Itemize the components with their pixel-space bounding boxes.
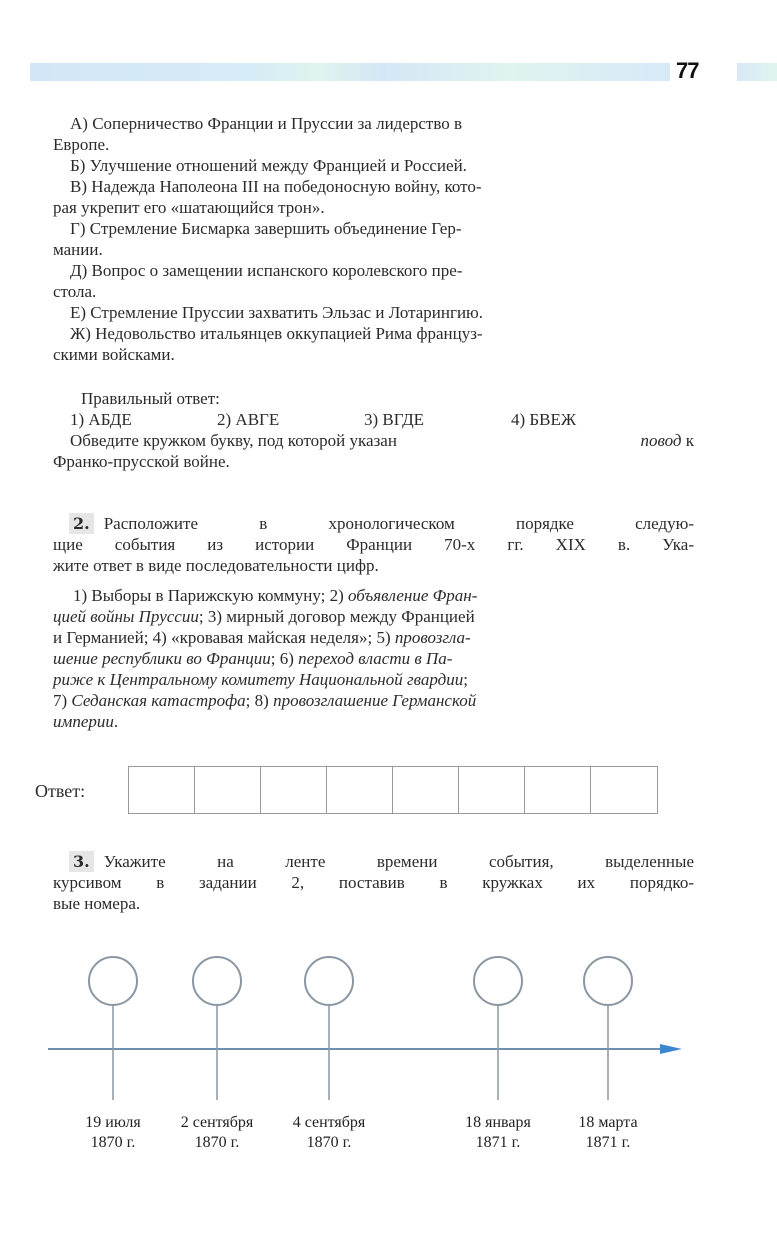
answer-circle[interactable] bbox=[474, 957, 522, 1005]
task2-event-line: 1) Выборы в Парижскую коммуну; 2) объявл… bbox=[53, 585, 694, 606]
event-text: 1) Выборы в Парижскую коммуну; 2) bbox=[73, 586, 348, 605]
timeline-date-label: 18 марта1871 г. bbox=[548, 1113, 668, 1153]
answer-cell-5[interactable] bbox=[393, 767, 459, 813]
circle-instruction-italic: повод bbox=[640, 431, 681, 450]
task2-prompt-line-2: щие события из истории Франции 70-х гг. … bbox=[53, 534, 694, 555]
circle-instruction-text: Обведите кружком букву, под которой указ… bbox=[70, 430, 397, 451]
timeline-date-label: 19 июля1870 г. bbox=[53, 1113, 173, 1153]
event-text: 7) bbox=[53, 691, 71, 710]
timeline: 19 июля1870 г.2 сентября1870 г.4 сентябр… bbox=[0, 940, 777, 1180]
answer-choices: 1) АБДЕ 2) АВГЕ 3) ВГДЕ 4) БВЕЖ bbox=[67, 409, 694, 430]
circle-instruction-suffix: к bbox=[686, 431, 694, 450]
task3-prompt: 3. Укажите на ленте времени события, выд… bbox=[53, 851, 694, 914]
answer-label: Ответ: bbox=[35, 781, 85, 802]
italic-event-text: объявление Фран- bbox=[348, 586, 477, 605]
option-2-line-1: Б) Улучшение отношений между Францией и … bbox=[67, 155, 694, 176]
italic-event-text: империи bbox=[53, 712, 114, 731]
option-4-line-1: Г) Стремление Бисмарка завершить объедин… bbox=[67, 218, 694, 239]
timeline-date-label: 2 сентября1870 г. bbox=[157, 1113, 277, 1153]
answer-circle[interactable] bbox=[305, 957, 353, 1005]
option-6-line-1: Е) Стремление Пруссии захватить Эльзас и… bbox=[67, 302, 694, 323]
italic-event-text: риже к Центральному комитету Национально… bbox=[53, 670, 463, 689]
task2-events: 1) Выборы в Парижскую коммуну; 2) объявл… bbox=[53, 585, 694, 732]
answer-choice-3[interactable]: 3) ВГДЕ bbox=[364, 409, 511, 430]
header-decorative-band-right bbox=[737, 63, 777, 81]
task2-event-line: и Германией; 4) «кровавая майская неделя… bbox=[53, 627, 694, 648]
italic-event-text: Седанская катастрофа bbox=[71, 691, 245, 710]
option-1-line-2: Европе. bbox=[53, 134, 694, 155]
answer-cell-3[interactable] bbox=[261, 767, 327, 813]
task2-event-line: шение республики во Франции; 6) переход … bbox=[53, 648, 694, 669]
italic-event-text: переход власти в Па- bbox=[298, 649, 452, 668]
answer-cell-1[interactable] bbox=[129, 767, 195, 813]
task2-event-line: риже к Центральному комитету Национально… bbox=[53, 669, 694, 690]
answer-choice-2[interactable]: 2) АВГЕ bbox=[217, 409, 364, 430]
page-number: 77 bbox=[676, 58, 698, 84]
answer-cell-7[interactable] bbox=[525, 767, 591, 813]
correct-answer-label: Правильный ответ: bbox=[67, 388, 694, 409]
answer-circle[interactable] bbox=[89, 957, 137, 1005]
italic-event-text: провозглашение Германской bbox=[273, 691, 476, 710]
task2-event-line: империи. bbox=[53, 711, 694, 732]
event-text: ; 3) мирный договор между Францией bbox=[199, 607, 475, 626]
option-4-line-2: мании. bbox=[53, 239, 694, 260]
circle-instruction-line2: Франко-прусской войне. bbox=[53, 451, 694, 472]
task2-event-line: 7) Седанская катастрофа; 8) провозглашен… bbox=[53, 690, 694, 711]
task3-prompt-line-2: курсивом в задании 2, поставив в кружках… bbox=[53, 872, 694, 893]
answer-circle[interactable] bbox=[584, 957, 632, 1005]
option-5-line-1: Д) Вопрос о замещении испанского королев… bbox=[67, 260, 694, 281]
answer-cell-6[interactable] bbox=[459, 767, 525, 813]
circle-instruction: Обведите кружком букву, под которой указ… bbox=[67, 430, 694, 451]
task3-prompt-line-3: вые номера. bbox=[53, 893, 694, 914]
timeline-date-label: 18 января1871 г. bbox=[438, 1113, 558, 1153]
option-5-line-2: стола. bbox=[53, 281, 694, 302]
italic-event-text: шение республики во Франции bbox=[53, 649, 271, 668]
event-text: . bbox=[114, 712, 118, 731]
header-decorative-band bbox=[30, 63, 670, 81]
event-text: и Германией; 4) «кровавая майская неделя… bbox=[53, 628, 395, 647]
answer-choice-1[interactable]: 1) АБДЕ bbox=[70, 409, 217, 430]
option-3-line-2: рая укрепит его «шатающийся трон». bbox=[53, 197, 694, 218]
answer-cell-8[interactable] bbox=[591, 767, 657, 813]
answer-grid bbox=[128, 766, 658, 814]
answer-choice-4[interactable]: 4) БВЕЖ bbox=[511, 409, 658, 430]
task2-prompt-line-3: жите ответ в виде последовательности циф… bbox=[53, 555, 694, 576]
task3-number: 3. bbox=[69, 851, 94, 872]
option-3-line-1: В) Надежда Наполеона III на победоносную… bbox=[67, 176, 694, 197]
task2-prompt: 2. Расположите в хронологическом порядке… bbox=[53, 513, 694, 576]
task2-number: 2. bbox=[69, 513, 94, 534]
task3-prompt-line-1: Укажите на ленте времени события, выделе… bbox=[104, 851, 694, 872]
task1-answer-section: Правильный ответ: 1) АБДЕ 2) АВГЕ 3) ВГД… bbox=[67, 388, 694, 472]
option-1-line-1: А) Соперничество Франции и Пруссии за ли… bbox=[67, 113, 694, 134]
task2-prompt-line-1: Расположите в хронологическом порядке сл… bbox=[104, 513, 694, 534]
answer-cell-2[interactable] bbox=[195, 767, 261, 813]
event-text: ; 8) bbox=[246, 691, 273, 710]
answer-circle[interactable] bbox=[193, 957, 241, 1005]
timeline-date-label: 4 сентября1870 г. bbox=[269, 1113, 389, 1153]
event-text: ; 6) bbox=[271, 649, 298, 668]
italic-event-text: провозгла- bbox=[395, 628, 471, 647]
task2-event-line: цией войны Пруссии; 3) мирный договор ме… bbox=[53, 606, 694, 627]
option-7-line-2: скими войсками. bbox=[53, 344, 694, 365]
arrow-icon bbox=[660, 1044, 682, 1054]
italic-event-text: цией войны Пруссии bbox=[53, 607, 199, 626]
event-text: ; bbox=[463, 670, 468, 689]
option-7-line-1: Ж) Недовольство итальянцев оккупацией Ри… bbox=[67, 323, 694, 344]
answer-cell-4[interactable] bbox=[327, 767, 393, 813]
task1-options: А) Соперничество Франции и Пруссии за ли… bbox=[67, 113, 694, 365]
